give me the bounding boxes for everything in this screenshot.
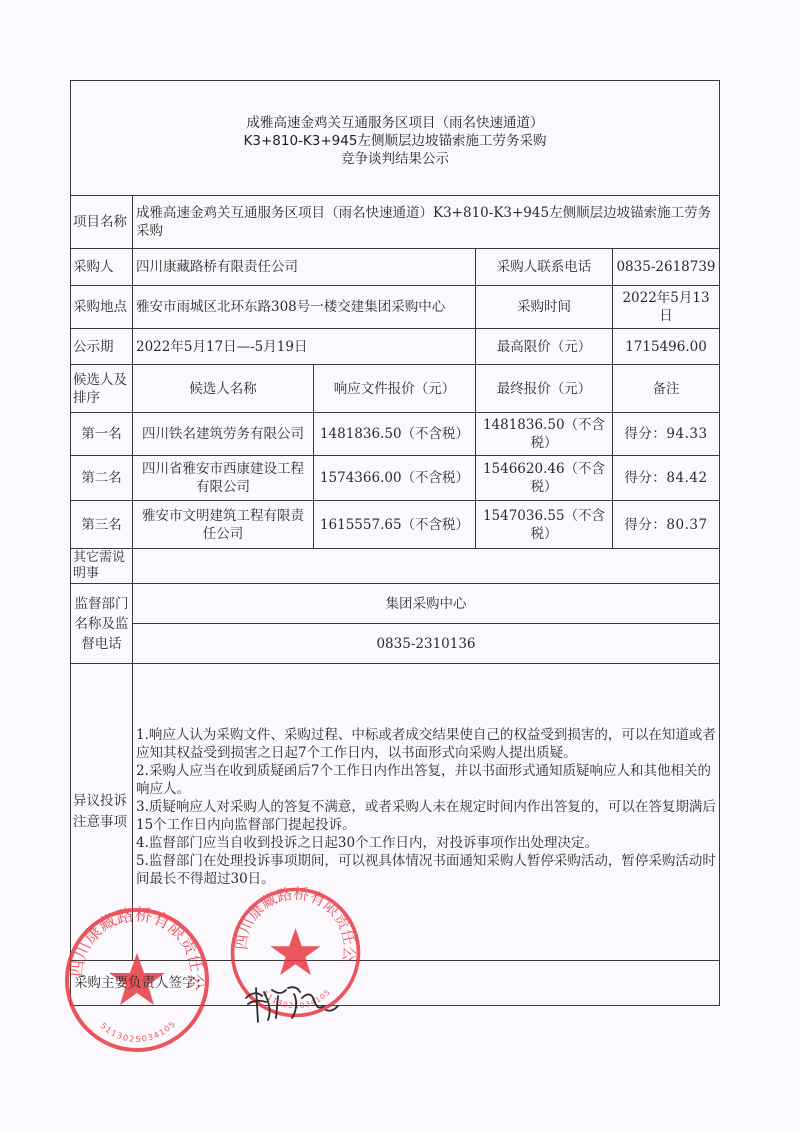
- signature-row: 采购主要负责人签字：: [71, 961, 720, 1006]
- final-price-header: 最终报价（元）: [476, 365, 613, 413]
- complaint-notes: 1.响应人认为采购文件、采购过程、中标或者成交结果使自己的权益受到损害的，可以在…: [133, 664, 720, 961]
- signature-label: 采购主要负责人签字：: [74, 975, 209, 991]
- max-price-label: 最高限价（元）: [476, 329, 613, 365]
- candidates-header-row: 候选人及排序 候选人名称 响应文件报价（元） 最终报价（元） 备注: [71, 365, 720, 413]
- purchaser-phone-label: 采购人联系电话: [476, 249, 613, 286]
- supervision-phone-row: 0835-2310136: [71, 624, 720, 664]
- complaint-item: 1.响应人认为采购文件、采购过程、中标或者成交结果使自己的权益受到损害的，可以在…: [136, 726, 716, 762]
- response-price-header: 响应文件报价（元）: [314, 365, 476, 413]
- other-notes-row: 其它需说明事: [71, 549, 720, 584]
- rank-header: 候选人及排序: [71, 365, 133, 413]
- candidate-name: 四川铁名建筑劳务有限公司: [133, 413, 314, 456]
- purchaser-phone-value: 0835-2618739: [613, 249, 720, 286]
- candidate-score: 得分：94.33: [613, 413, 720, 456]
- notice-period-value: 2022年5月17日—-5月19日: [133, 329, 476, 365]
- candidate-score: 得分：84.42: [613, 456, 720, 501]
- candidate-score: 得分：80.37: [613, 501, 720, 549]
- other-notes-label: 其它需说明事: [71, 549, 133, 584]
- candidate-final-price: 1481836.50（不含税）: [476, 413, 613, 456]
- candidate-rank: 第二名: [71, 456, 133, 501]
- candidate-final-price: 1546620.46（不含税）: [476, 456, 613, 501]
- candidate-name: 四川省雅安市西康建设工程有限公司: [133, 456, 314, 501]
- complaint-label: 异议投诉注意事项: [71, 664, 133, 961]
- complaint-row: 异议投诉注意事项 1.响应人认为采购文件、采购过程、中标或者成交结果使自己的权益…: [71, 664, 720, 961]
- document-title: 成雅高速金鸡关互通服务区项目（雨名快速通道） K3+810-K3+945左侧顺层…: [71, 81, 720, 196]
- candidate-name: 雅安市文明建筑工程有限责任公司: [133, 501, 314, 549]
- notice-period-label: 公示期: [71, 329, 133, 365]
- project-name-label: 项目名称: [71, 196, 133, 249]
- notice-table: 成雅高速金鸡关互通服务区项目（雨名快速通道） K3+810-K3+945左侧顺层…: [70, 80, 720, 1006]
- supervision-department: 集团采购中心: [133, 584, 720, 624]
- candidate-rank: 第一名: [71, 413, 133, 456]
- candidate-response-price: 1481836.50（不含税）: [314, 413, 476, 456]
- purchaser-row: 采购人 四川康藏路桥有限责任公司 采购人联系电话 0835-2618739: [71, 249, 720, 286]
- location-value: 雅安市雨城区北环东路308号一楼交建集团采购中心: [133, 286, 476, 329]
- purchase-time-label: 采购时间: [476, 286, 613, 329]
- svg-text:5113025034105: 5113025034105: [99, 1019, 178, 1044]
- purchaser-value: 四川康藏路桥有限责任公司: [133, 249, 476, 286]
- other-notes-value: [133, 549, 720, 584]
- purchase-time-value: 2022年5月13日: [613, 286, 720, 329]
- candidate-final-price: 1547036.55（不含税）: [476, 501, 613, 549]
- supervision-label: 监督部门名称及监督电话: [71, 584, 133, 664]
- remark-header: 备注: [613, 365, 720, 413]
- candidate-row: 第二名 四川省雅安市西康建设工程有限公司 1574366.00（不含税） 154…: [71, 456, 720, 501]
- title-line-3: 竞争谈判结果公示: [74, 150, 716, 168]
- candidate-row: 第三名 雅安市文明建筑工程有限责任公司 1615557.65（不含税） 1547…: [71, 501, 720, 549]
- title-line-1: 成雅高速金鸡关互通服务区项目（雨名快速通道）: [74, 114, 716, 132]
- procurement-result-notice: 成雅高速金鸡关互通服务区项目（雨名快速通道） K3+810-K3+945左侧顺层…: [0, 0, 800, 1131]
- candidate-response-price: 1574366.00（不含税）: [314, 456, 476, 501]
- location-row: 采购地点 雅安市雨城区北环东路308号一楼交建集团采购中心 采购时间 2022年…: [71, 286, 720, 329]
- candidate-response-price: 1615557.65（不含税）: [314, 501, 476, 549]
- signature-cell: 采购主要负责人签字：: [71, 961, 720, 1006]
- project-name-row: 项目名称 成雅高速金鸡关互通服务区项目（雨名快速通道）K3+810-K3+945…: [71, 196, 720, 249]
- complaint-item: 3.质疑响应人对采购人的答复不满意，或者采购人未在规定时间内作出答复的，可以在答…: [136, 798, 716, 834]
- purchaser-label: 采购人: [71, 249, 133, 286]
- complaint-item: 5.监督部门在处理投诉事项期间，可以视具体情况书面通知采购人暂停采购活动，暂停采…: [136, 852, 716, 888]
- notice-period-row: 公示期 2022年5月17日—-5月19日 最高限价（元） 1715496.00: [71, 329, 720, 365]
- complaint-item: 4.监督部门应当自收到投诉之日起30个工作日内，对投诉事项作出处理决定。: [136, 834, 716, 852]
- title-line-2: K3+810-K3+945左侧顺层边坡锚索施工劳务采购: [74, 132, 716, 150]
- project-name-value: 成雅高速金鸡关互通服务区项目（雨名快速通道）K3+810-K3+945左侧顺层边…: [133, 196, 720, 249]
- header-row: 成雅高速金鸡关互通服务区项目（雨名快速通道） K3+810-K3+945左侧顺层…: [71, 81, 720, 196]
- supervision-department-row: 监督部门名称及监督电话 集团采购中心: [71, 584, 720, 624]
- candidate-row: 第一名 四川铁名建筑劳务有限公司 1481836.50（不含税） 1481836…: [71, 413, 720, 456]
- candidate-name-header: 候选人名称: [133, 365, 314, 413]
- complaint-item: 2.采购人应当在收到质疑函后7个工作日内作出答复，并以书面形式通知质疑响应人和其…: [136, 762, 716, 798]
- max-price-value: 1715496.00: [613, 329, 720, 365]
- location-label: 采购地点: [71, 286, 133, 329]
- candidate-rank: 第三名: [71, 501, 133, 549]
- supervision-phone: 0835-2310136: [133, 624, 720, 664]
